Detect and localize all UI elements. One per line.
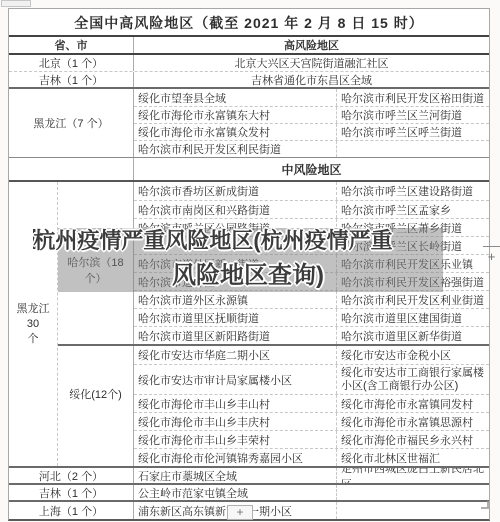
area-cell: 定州市西城区庞白土新民居北区: [337, 468, 489, 483]
province-label: 河北（2 个）: [9, 468, 134, 483]
table-row-jilin-high: 吉林（1 个） 吉林省通化市东昌区全域: [9, 72, 489, 89]
area-cell: 绥化市安达市华庭二期小区: [134, 346, 337, 364]
resize-handle-icon[interactable]: [481, 501, 489, 509]
area-cell: [337, 141, 489, 157]
table-row: 哈尔滨市道里区抚顺街道 哈尔滨市道里区建国街道: [134, 308, 489, 326]
high-risk-section-label: 高风险地区: [134, 37, 489, 53]
area-cell: 绥化市海伦市永富镇东大村: [134, 107, 337, 123]
area-cell: 哈尔滨市香坊区新成街道: [134, 182, 337, 200]
area-cell: 绥化市安达市审计局家属楼小区: [134, 365, 337, 394]
province-label: 吉林（1 个）: [9, 72, 134, 87]
table-row: 绥化市海伦市丰山乡丰荣村 绥化市海伦市福民乡永兴村: [134, 430, 489, 448]
area-cell: 哈尔滨市道外区永源镇: [134, 291, 337, 308]
province-label: 吉林（1 个）: [9, 485, 134, 500]
area-cell: 哈尔滨市南岗区和兴路街道: [134, 201, 337, 218]
area-cell: 哈尔滨市道里区抚顺街道: [134, 309, 337, 326]
area-cell: 绥化市海伦市永富镇同发村: [337, 395, 489, 412]
page-background: 全国中高风险地区（截至 2021 年 2 月 8 日 15 时） 省、市 高风险…: [0, 0, 500, 522]
suihua-subgroup: 绥化(12个) 绥化市安达市华庭二期小区 绥化市安达市金税小区 绥化市安达市审计…: [58, 346, 489, 466]
watermark-title-line2: 风险地区查询): [172, 255, 324, 290]
table-row: 绥化市安达市审计局家属楼小区 绥化市安达市工商银行家属楼小区(含工商银行办公区): [134, 364, 489, 394]
table-row-jilin-medium: 吉林（1 个） 公主岭市范家屯镇全域: [9, 485, 489, 502]
table-row-beijing-high: 北京（1 个） 北京大兴区天宫院街道融汇社区: [9, 55, 489, 72]
area-cell: 哈尔滨市道里区新阳路街道: [134, 327, 337, 344]
watermark-title-line1: 杭州疫情严重风险地区(杭州疫情严重: [0, 224, 431, 255]
table-row: 绥化市安达市华庭二期小区 绥化市安达市金税小区: [134, 346, 489, 364]
table-row-hebei-medium: 河北（2 个） 石家庄市藁城区全域 定州市西城区庞白土新民居北区: [9, 468, 489, 485]
province-label: 上海（1 个）: [9, 502, 134, 519]
area-cell: 吉林省通化市东昌区全域: [134, 72, 489, 87]
table-row: 哈尔滨市香坊区新成街道 哈尔滨市呼兰区建设路街道: [134, 182, 489, 200]
area-cell: 绥化市海伦市丰山乡丰山村: [134, 395, 337, 412]
area-cell: 哈尔滨市道里区新华街道: [337, 327, 489, 344]
province-label-line1: 黑龙江 30: [9, 302, 57, 332]
table-row: 哈尔滨市利民开发区利民街道: [134, 140, 489, 157]
medium-risk-header-row: 中风险地区: [9, 157, 489, 182]
area-cell: [337, 485, 489, 500]
area-cell: 绥化市安达市金税小区: [337, 346, 489, 364]
area-cell: 哈尔滨市呼兰区建设路街道: [337, 182, 489, 200]
province-label-line2: 个: [28, 332, 39, 347]
empty-label-cell: [9, 158, 134, 180]
area-cell: 绥化市海伦市丰山乡丰荣村: [134, 431, 337, 448]
high-risk-header-row: 省、市 高风险地区: [9, 37, 489, 55]
area-cell: 绥化市海伦市永富镇众发村: [134, 124, 337, 140]
heilongjiang-high-risk-block: 黑龙江（7 个） 绥化市望奎县全域 哈尔滨市利民开发区裕田街道 绥化市海伦市永富…: [9, 89, 489, 157]
province-column-header: 省、市: [9, 37, 134, 53]
area-cell: 绥化市海伦市伦河镇锦秀嘉园小区: [134, 449, 337, 466]
table-row: 绥化市望奎县全域 哈尔滨市利民开发区裕田街道: [134, 89, 489, 106]
city-label: 绥化(12个): [58, 346, 134, 466]
table-row: 绥化市海伦市丰山乡丰山村 绥化市海伦市永富镇同发村: [134, 394, 489, 412]
area-cell: 哈尔滨市利民开发区裕田街道: [337, 89, 489, 106]
area-cell: 绥化市海伦市永富镇思源村: [337, 413, 489, 430]
area-cell: 哈尔滨市道里区建国街道: [337, 309, 489, 326]
area-cell: [337, 502, 489, 519]
table-row: 绥化市海伦市丰山乡丰庆村 绥化市海伦市永富镇思源村: [134, 412, 489, 430]
medium-risk-section-label: 中风险地区: [134, 158, 489, 180]
area-cell: 哈尔滨市呼兰区孟家乡: [337, 201, 489, 218]
table-row: 绥化市海伦市伦河镇锦秀嘉园小区 绥化市北林区世福汇: [134, 448, 489, 466]
area-cell: 绥化市北林区世福汇: [337, 449, 489, 466]
area-cell: 石家庄市藁城区全域: [134, 468, 337, 483]
area-cell: 公主岭市范家屯镇全域: [134, 485, 337, 500]
table-row: 哈尔滨市南岗区和兴路街道 哈尔滨市呼兰区孟家乡: [134, 200, 489, 218]
area-cell: 哈尔滨市呼兰区兰河街道: [337, 107, 489, 123]
area-cell: 绥化市海伦市丰山乡丰庆村: [134, 413, 337, 430]
area-cell: 绥化市望奎县全域: [134, 89, 337, 106]
table-row: 绥化市海伦市永富镇东大村 哈尔滨市呼兰区兰河街道: [134, 106, 489, 123]
province-label: 北京（1 个）: [9, 55, 134, 71]
area-cell: 北京大兴区天宫院街道融汇社区: [134, 55, 489, 71]
area-cell: 哈尔滨市利民开发区利民街道: [134, 141, 337, 157]
province-label: 黑龙江（7 个）: [9, 89, 134, 157]
table-row: 哈尔滨市道外区永源镇 哈尔滨市利民开发区利业街道: [134, 290, 489, 308]
insert-row-side-button[interactable]: +: [483, 246, 500, 266]
spreadsheet-corner-cell: [1, 0, 31, 7]
table-row: 绥化市海伦市永富镇众发村 哈尔滨市呼兰区呼兰街道: [134, 123, 489, 140]
area-cell: 绥化市海伦市福民乡永兴村: [337, 431, 489, 448]
area-cell: 哈尔滨市呼兰区呼兰街道: [337, 124, 489, 140]
add-row-button[interactable]: +: [227, 505, 253, 520]
area-cell: 哈尔滨市利民开发区利业街道: [337, 291, 489, 308]
table-row: 哈尔滨市道里区新阳路街道 哈尔滨市道里区新华街道: [134, 326, 489, 344]
table-title: 全国中高风险地区（截至 2021 年 2 月 8 日 15 时）: [9, 9, 489, 37]
area-cell: 绥化市安达市工商银行家属楼小区(含工商银行办公区): [337, 365, 489, 394]
